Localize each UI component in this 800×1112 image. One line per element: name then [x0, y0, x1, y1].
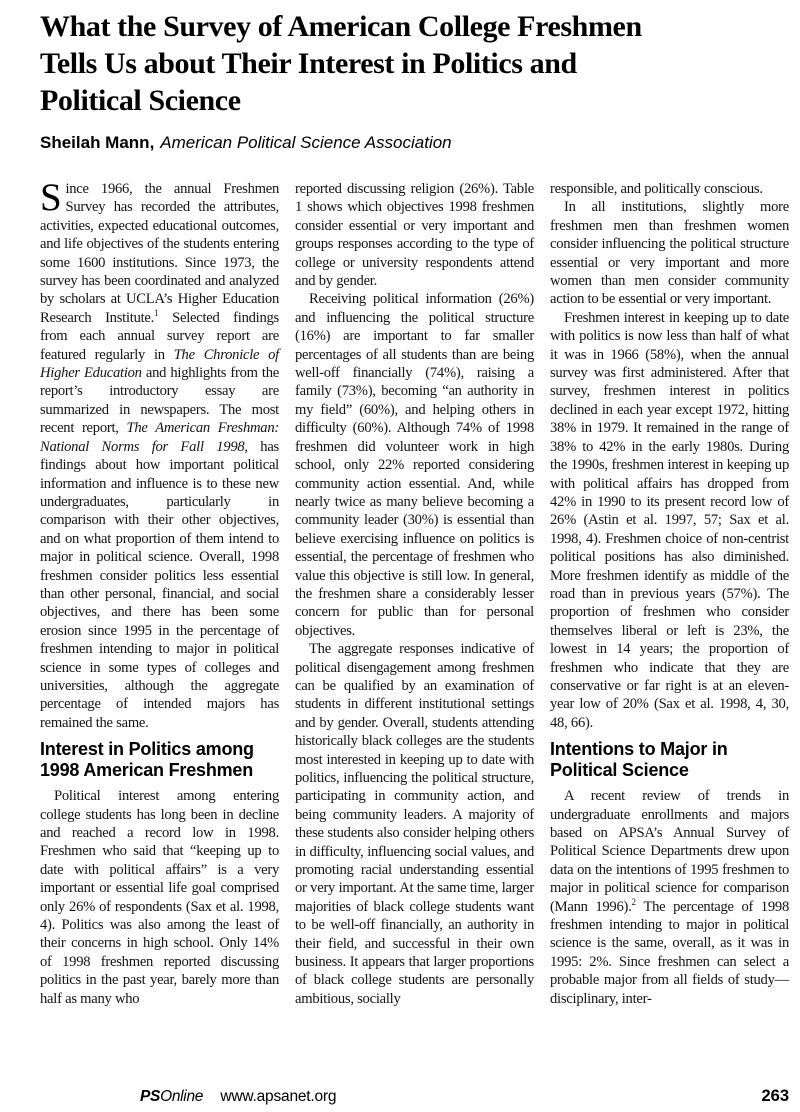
page-number: 263: [761, 1087, 789, 1106]
byline: Sheilah Mann,American Political Science …: [40, 133, 789, 153]
journal-footer: PSOnline www.apsanet.org: [140, 1088, 336, 1106]
paragraph: Political interest among entering colleg…: [40, 787, 279, 1008]
page-title-line: What the Survey of American College Fres…: [40, 8, 789, 45]
author-affiliation: American Political Science Association: [160, 133, 451, 152]
paragraph: In all institutions, slightly more fresh…: [550, 198, 789, 308]
column-2: reported discussing religion (26%). Tabl…: [295, 180, 534, 1008]
article-page: What the Survey of American College Fres…: [0, 0, 800, 1112]
paragraph: A recent review of trends in undergradua…: [550, 787, 789, 1008]
column-1: Since 1966, the annual Freshmen Survey h…: [40, 180, 279, 1008]
journal-name-ps: PS: [140, 1088, 160, 1105]
page-title-line: Tells Us about Their Interest in Politic…: [40, 45, 789, 82]
drop-cap: S: [40, 180, 65, 213]
paragraph: reported discussing religion (26%). Tabl…: [295, 180, 534, 290]
page-title-line: Political Science: [40, 82, 789, 119]
paragraph: responsible, and politically conscious.: [550, 180, 789, 198]
section-heading-intentions-to-major: Intentions to Major inPolitical Science: [550, 739, 789, 781]
page-title: What the Survey of American College Fres…: [40, 8, 789, 119]
paragraph: Receiving political information (26%) an…: [295, 290, 534, 640]
paragraph-intro: Since 1966, the annual Freshmen Survey h…: [40, 180, 279, 732]
journal-name-online: Online: [160, 1088, 203, 1105]
journal-website: www.apsanet.org: [220, 1088, 336, 1105]
article-body: Since 1966, the annual Freshmen Survey h…: [40, 180, 789, 1008]
paragraph: Freshmen interest in keeping up to date …: [550, 309, 789, 732]
page-footer: PSOnline www.apsanet.org 263: [40, 1087, 789, 1106]
paragraph: The aggregate responses indicative of po…: [295, 640, 534, 1008]
column-3: responsible, and politically conscious. …: [550, 180, 789, 1008]
author-name: Sheilah Mann,: [40, 133, 154, 152]
section-heading-interest-in-politics: Interest in Politics among1998 American …: [40, 739, 279, 781]
